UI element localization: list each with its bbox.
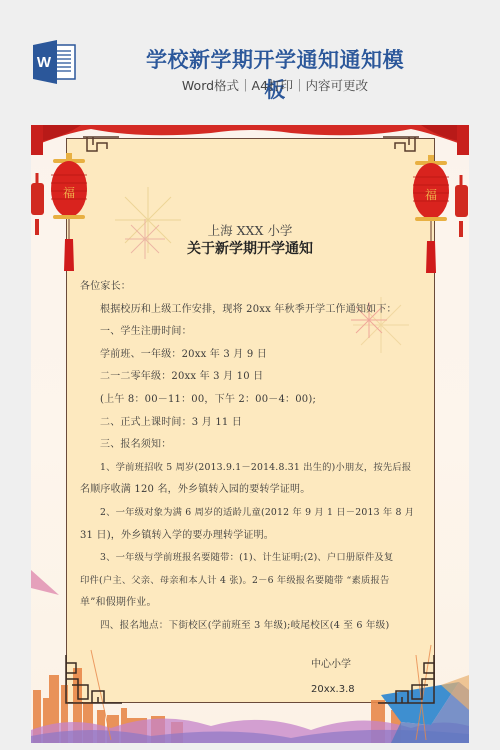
notice-line: 单”和假期作业。 [80, 592, 420, 615]
notice-line: 各位家长： [80, 276, 420, 299]
word-icon: W [31, 40, 77, 84]
notice-line: 31 日)，外乡镇转入学的要办理转学证明。 [80, 525, 420, 548]
svg-text:W: W [37, 54, 52, 71]
pink-ribbon-decoration [31, 570, 61, 600]
notice-body: 各位家长： 根据校历和上级工作安排，现将 20xx 年秋季开学工作通知如下： 一… [80, 276, 420, 638]
notice-line: 1、学前班招收 5 周岁(2013.9.1－2014.8.31 出生的)小朋友，… [80, 457, 420, 480]
notice-line: 2、一年级对象为满 6 周岁的适龄儿童(2012 年 9 月 1 日－2013 … [80, 502, 420, 525]
notice-line: 学前班、一年级：20xx 年 3 月 9 日 [80, 344, 420, 367]
svg-text:福: 福 [425, 188, 437, 202]
notice-line: 印件(户主、父亲、母亲和本人计 4 张)。2－6 年级报名要随带 “素质报告 [80, 570, 420, 593]
notice-title: 关于新学期开学通知 [80, 238, 420, 258]
lantern-icon: 福 [49, 153, 89, 277]
lantern-icon [31, 173, 45, 243]
notice-line: 四、报名地点：下街校区(学前班至 3 年级);岐尾校区(4 至 6 年级) [80, 615, 420, 638]
lantern-icon: 福 [411, 155, 451, 279]
page-subtitle: Word格式｜A4打印｜内容可更改 [140, 76, 410, 94]
frame-corner-ornament [376, 655, 436, 705]
notice-line: 3、一年级与学前班报名要随带：(1)、计生证明;(2)、户口册原件及复 [80, 547, 420, 570]
notice-line: 根据校历和上级工作安排，现将 20xx 年秋季开学工作通知如下： [80, 299, 420, 322]
page-title: 学校新学期开学通知通知模板 [140, 44, 410, 104]
notice-line: 一、学生注册时间： [80, 321, 420, 344]
school-name: 上海 XXX 小学 [80, 221, 420, 239]
notice-line: (上午 8：00－11：00，下午 2：00－4：00); [80, 389, 420, 412]
notice-date: 20xx.3.8 [311, 684, 355, 695]
svg-text:福: 福 [63, 186, 75, 200]
header: W 学校新学期开学通知通知模板 Word格式｜A4打印｜内容可更改 [0, 0, 500, 115]
frame-corner-ornament [64, 655, 124, 705]
lantern-icon [455, 175, 469, 245]
notice-line: 名顺序收满 120 名，外乡镇转入园的要转学证明。 [80, 479, 420, 502]
notice-line: 二、正式上课时间：3 月 11 日 [80, 412, 420, 435]
notice-line: 二一二零年级：20xx 年 3 月 10 日 [80, 366, 420, 389]
signature: 中心小学 [311, 655, 351, 670]
notice-line: 三、报名须知： [80, 434, 420, 457]
